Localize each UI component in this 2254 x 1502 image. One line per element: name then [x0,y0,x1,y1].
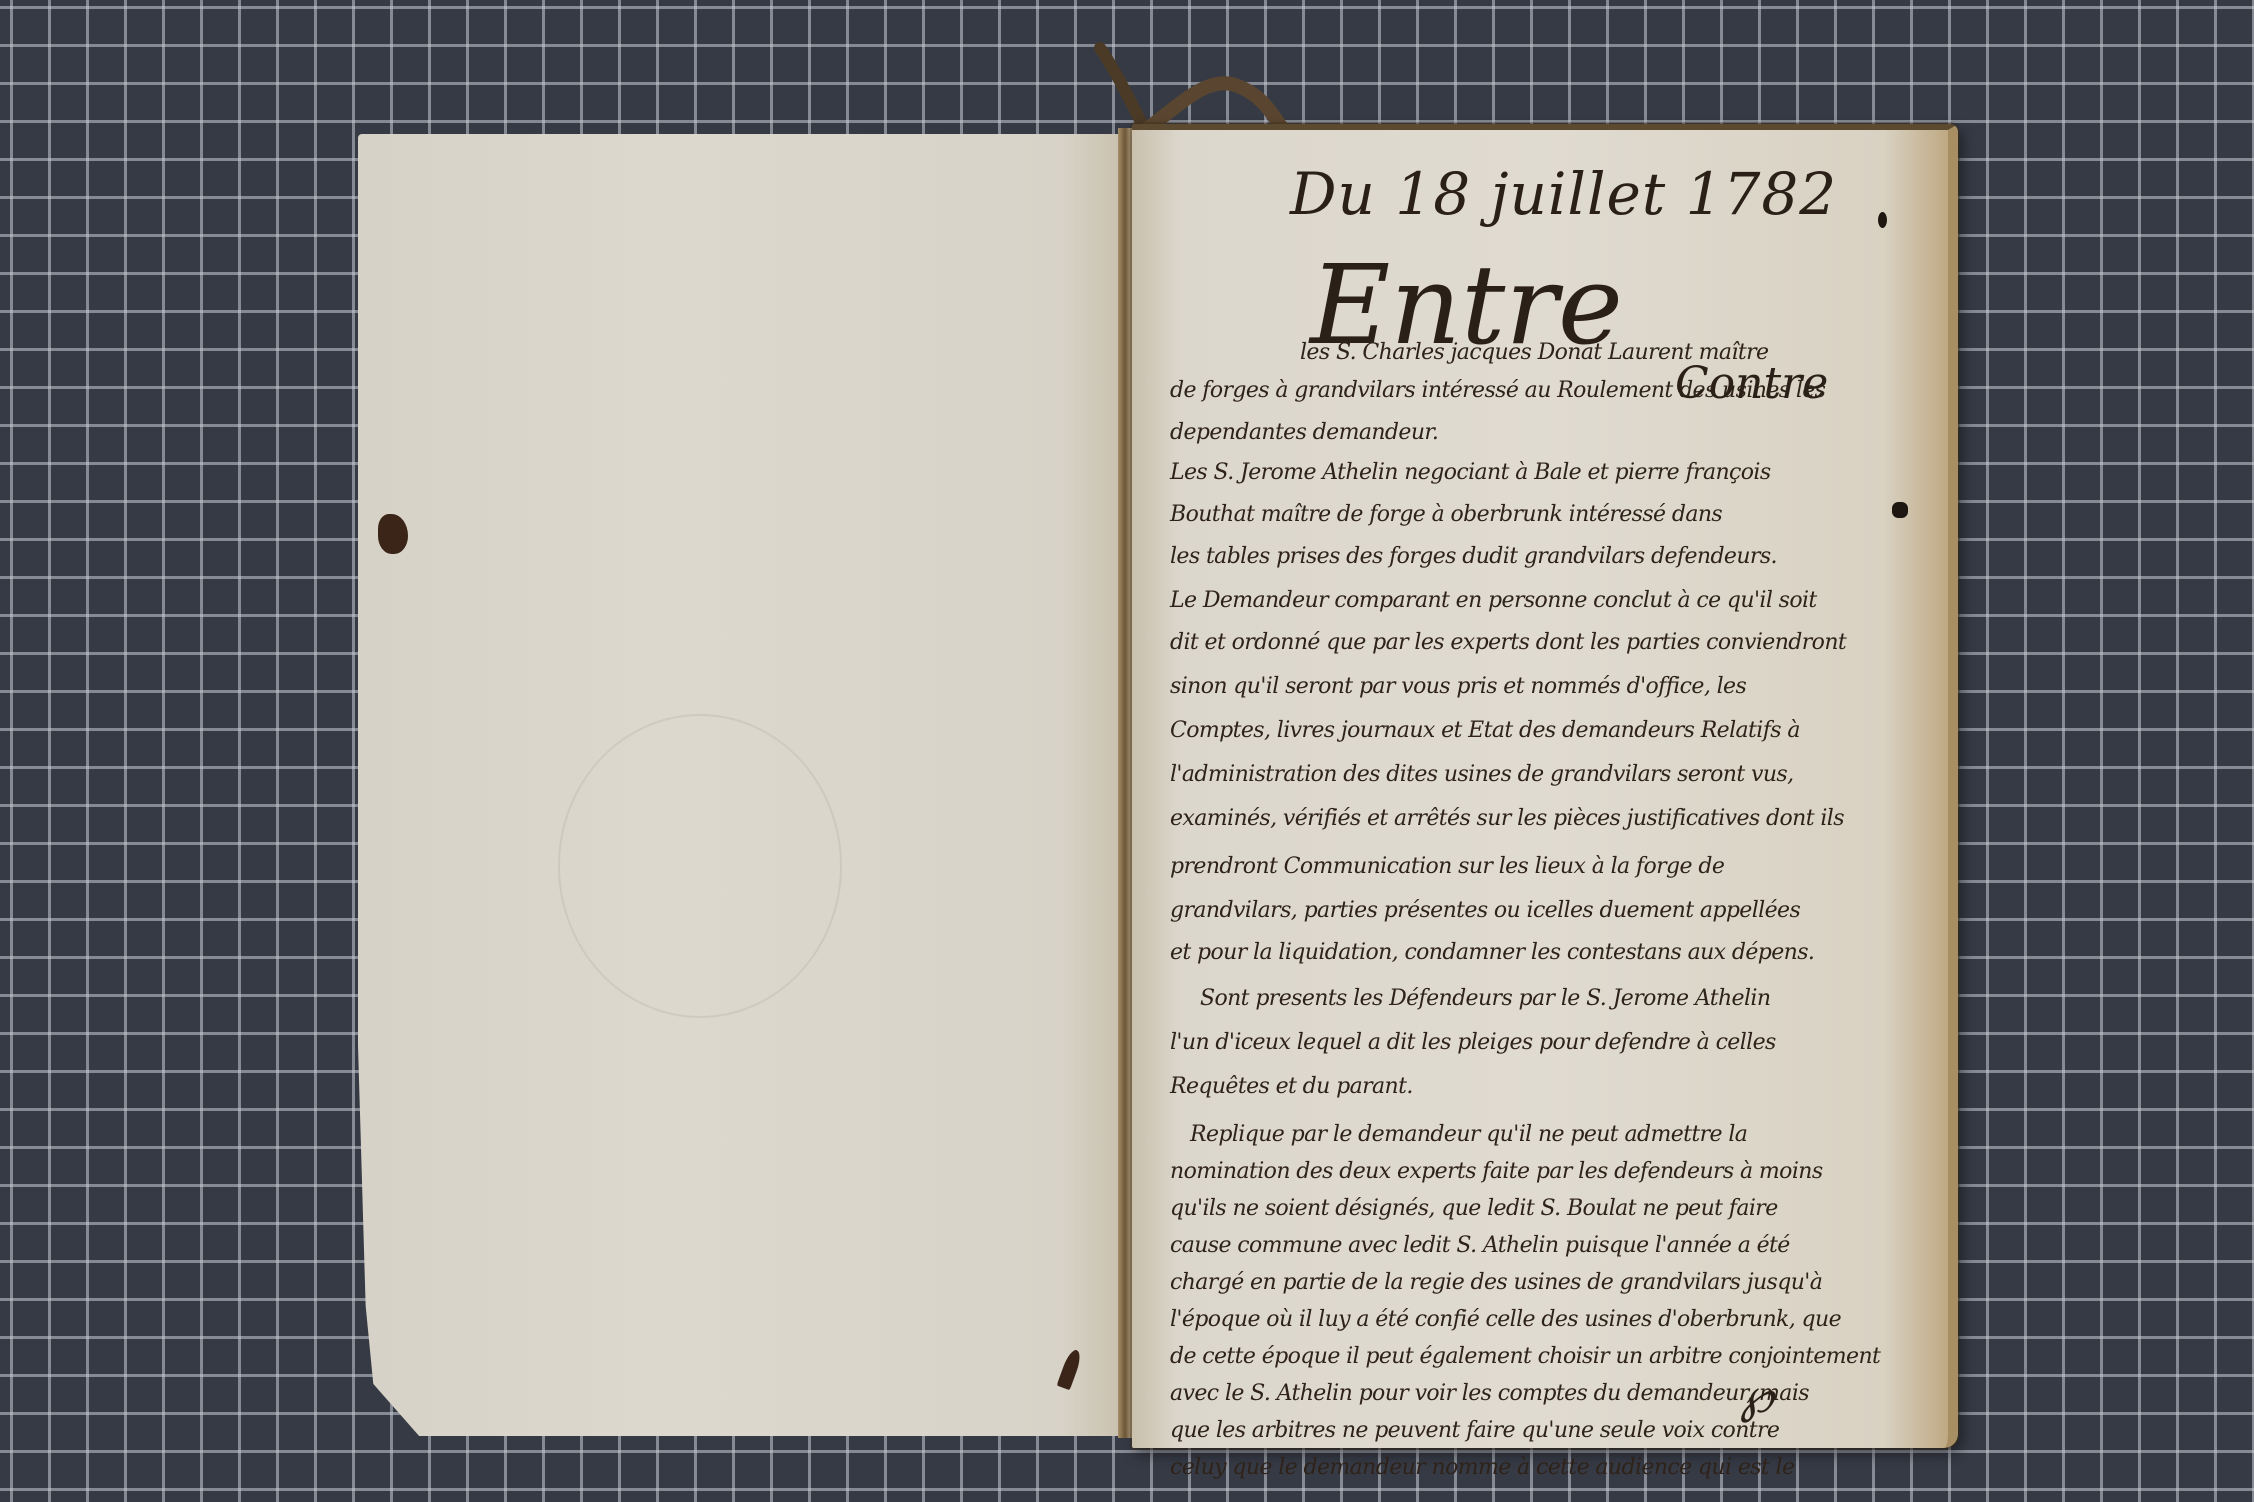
manuscript-line: sinon qu'il seront par vous pris et nomm… [1170,674,1746,699]
left-page-blank [358,134,1122,1436]
tear-hole [1057,1348,1084,1390]
manuscript-line: l'époque où il luy a été confié celle de… [1170,1307,1841,1332]
manuscript-line: que les arbitres ne peuvent faire qu'une… [1170,1418,1779,1443]
manuscript-line: Le Demandeur comparant en personne concl… [1170,588,1817,613]
manuscript-line: chargé en partie de la regie des usines … [1170,1270,1822,1295]
manuscript-line: de cette époque il peut également choisi… [1170,1344,1880,1369]
manuscript-text-block: Du 18 juillet 1782 Entre les S. Charles … [1140,130,1930,1430]
second-party-word-contre: Contre [1675,358,1828,409]
manuscript-line: celuy que le demandeur nomme à cette aud… [1170,1455,1794,1480]
manuscript-line: examinés, vérifiés et arrêtés sur les pi… [1170,806,1844,831]
manuscript-line: Sont presents les Défendeurs par le S. J… [1200,986,1770,1011]
book-spine [1118,128,1132,1438]
manuscript-line: prendront Communication sur les lieux à … [1170,854,1724,879]
manuscript-line: et pour la liquidation, condamner les co… [1170,940,1814,965]
manuscript-line: qu'ils ne soient désignés, que ledit S. … [1170,1196,1778,1221]
manuscript-line: Replique par le demandeur qu'il ne peut … [1190,1122,1747,1147]
manuscript-line: l'un d'iceux lequel a dit les pleiges po… [1170,1030,1776,1055]
manuscript-line: avec le S. Athelin pour voir les comptes… [1170,1381,1809,1406]
entry-date-heading: Du 18 juillet 1782 [1290,160,1837,228]
manuscript-line: nomination des deux experts faite par le… [1170,1159,1823,1184]
manuscript-line: Les S. Jerome Athelin negociant à Bale e… [1170,460,1771,485]
manuscript-line: Requêtes et du parant. [1170,1074,1413,1099]
manuscript-line: Bouthat maître de forge à oberbrunk inté… [1170,502,1722,527]
watermark-showthrough [558,714,842,1018]
manuscript-line: grandvilars, parties présentes ou icelle… [1170,898,1800,923]
manuscript-line: cause commune avec ledit S. Athelin puis… [1170,1233,1790,1258]
manuscript-line: l'administration des dites usines de gra… [1170,762,1794,787]
manuscript-line: dit et ordonné que par les experts dont … [1170,630,1846,655]
paraph-flourish-icon: ℘ [1740,1368,1773,1424]
ink-blot [1878,212,1887,228]
ink-blot [1892,502,1908,518]
ink-stain [378,514,408,554]
manuscript-line: les tables prises des forges dudit grand… [1170,544,1777,569]
manuscript-line: Comptes, livres journaux et Etat des dem… [1170,718,1800,743]
manuscript-line: dependantes demandeur. [1170,420,1438,445]
